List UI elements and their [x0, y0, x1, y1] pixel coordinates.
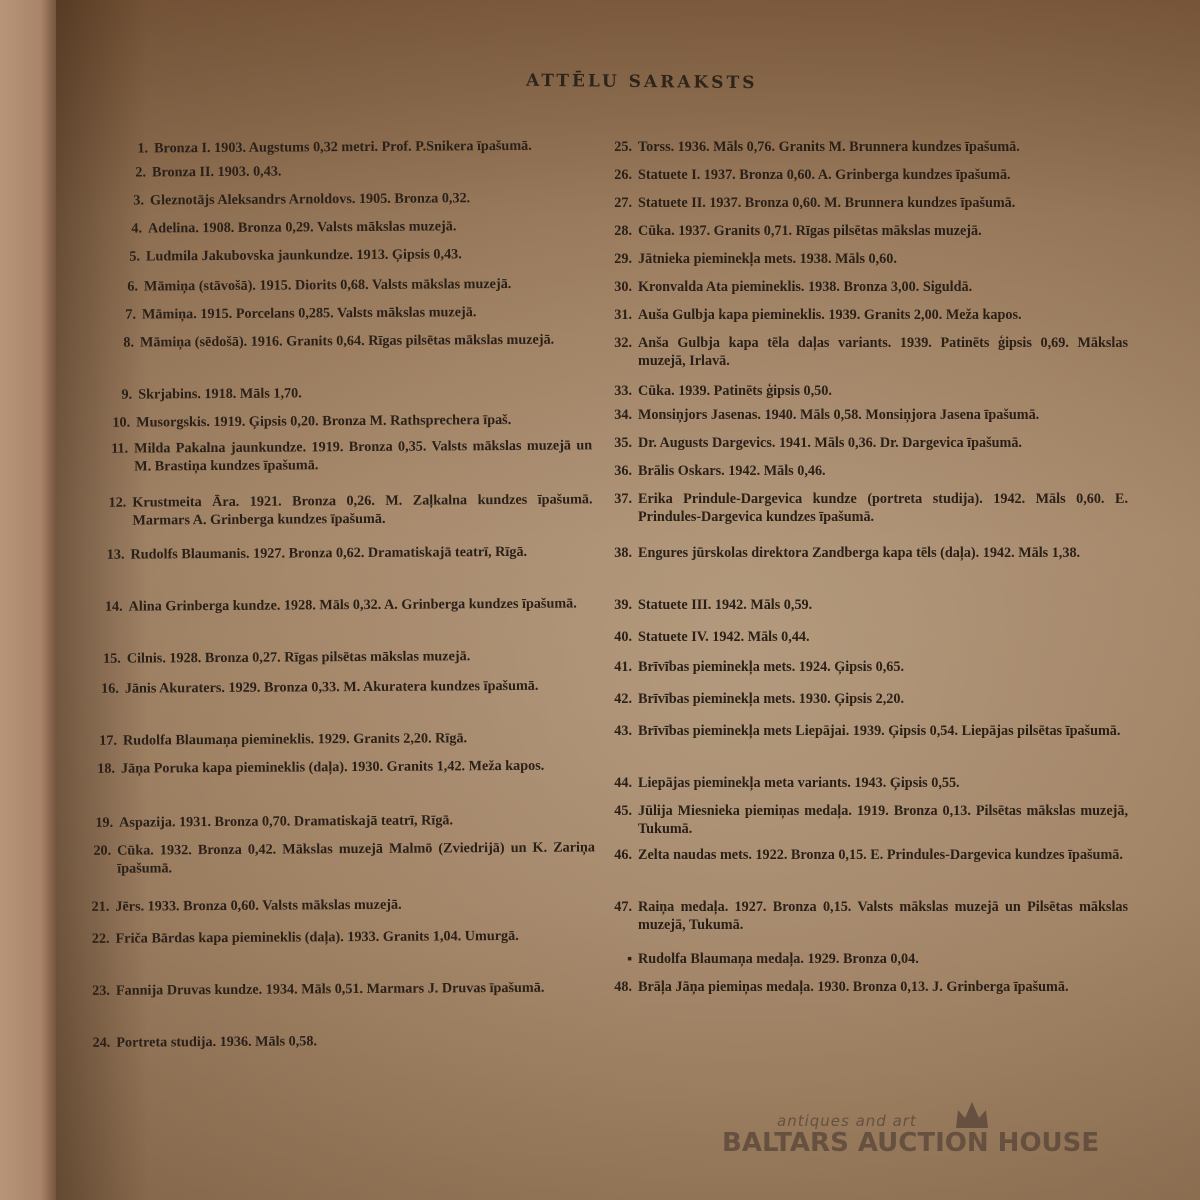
item-text: Cilnis. 1928. Bronza 0,27. Rīgas pilsēta…: [127, 646, 594, 667]
item-number: 28.: [598, 222, 638, 240]
item-number: 36.: [598, 462, 638, 480]
item-text: Statuete II. 1937. Bronza 0,60. M. Brunn…: [638, 194, 1128, 212]
item-text: Milda Pakalna jaunkundze. 1919. Bronza 0…: [134, 436, 592, 475]
item-number: 23.: [76, 982, 116, 1000]
list-item: 28.Cūka. 1937. Granits 0,71. Rīgas pilsē…: [598, 222, 1128, 240]
item-number: 27.: [598, 194, 638, 212]
item-number: 3.: [110, 191, 150, 209]
list-item: 34.Monsiņjors Jasenas. 1940. Māls 0,58. …: [598, 406, 1128, 424]
list-item: 30.Kronvalda Ata piemineklis. 1938. Bron…: [598, 278, 1128, 296]
list-item: 27.Statuete II. 1937. Bronza 0,60. M. Br…: [598, 194, 1128, 212]
list-item: 14.Alina Grinberga kundze. 1928. Māls 0,…: [89, 594, 594, 616]
item-number: 42.: [598, 690, 638, 708]
list-item: 46.Zelta naudas mets. 1922. Bronza 0,15.…: [598, 846, 1128, 864]
item-text: Erika Prindule-Dargevica kundze (portret…: [638, 490, 1128, 526]
item-text: Gleznotājs Aleksandrs Arnoldovs. 1905. B…: [150, 188, 591, 209]
item-number: 7.: [102, 306, 142, 324]
item-number: 9.: [98, 386, 138, 404]
list-item: 24.Portreta studija. 1936. Māls 0,58.: [76, 1030, 596, 1052]
item-number: 6.: [104, 277, 144, 295]
item-number: 13.: [90, 546, 130, 564]
item-text: Bronza II. 1903. 0,43.: [152, 160, 590, 181]
list-item: 40.Statuete IV. 1942. Māls 0,44.: [598, 628, 1128, 646]
item-number: 16.: [85, 680, 125, 698]
item-number: 22.: [76, 930, 116, 948]
item-text: Aspazija. 1931. Bronza 0,70. Dramatiskaj…: [119, 810, 595, 831]
item-text: Skrjabins. 1918. Māls 1,70.: [138, 382, 592, 403]
list-item: 21.Jērs. 1933. Bronza 0,60. Valsts māksl…: [75, 894, 595, 916]
list-item: 47.Raiņa medaļa. 1927. Bronza 0,15. Vals…: [598, 898, 1128, 934]
item-text: Cūka. 1932. Bronza 0,42. Mākslas muzejā …: [117, 838, 595, 877]
list-item: 6.Māmiņa (stāvošā). 1915. Diorits 0,68. …: [104, 274, 591, 295]
item-number: 5.: [106, 247, 146, 265]
list-item: 15.Cilnis. 1928. Bronza 0,27. Rīgas pils…: [87, 646, 594, 668]
item-number: 18.: [81, 760, 121, 778]
list-item: 41.Brīvības pieminekļa mets. 1924. Ģipsi…: [598, 658, 1128, 676]
list-item: 45.Jūlija Miesnieka piemiņas medaļa. 191…: [598, 802, 1128, 838]
item-number: 31.: [598, 306, 638, 324]
item-number: 46.: [598, 846, 638, 864]
item-text: Māmiņa (stāvošā). 1915. Diorits 0,68. Va…: [144, 274, 591, 295]
item-text: Jūlija Miesnieka piemiņas medaļa. 1919. …: [638, 802, 1128, 838]
list-item: 39.Statuete III. 1942. Māls 0,59.: [598, 596, 1128, 614]
list-item: 38.Engures jūrskolas direktora Zandberga…: [598, 544, 1128, 562]
item-text: Adelina. 1908. Bronza 0,29. Valsts māksl…: [148, 216, 591, 237]
list-item: 5.Ludmila Jakubovska jaunkundze. 1913. Ģ…: [106, 244, 591, 265]
item-number: 48.: [598, 978, 638, 996]
list-item: 13.Rudolfs Blaumanis. 1927. Bronza 0,62.…: [90, 542, 593, 564]
item-number: 25.: [598, 138, 638, 156]
list-item: 16.Jānis Akuraters. 1929. Bronza 0,33. M…: [85, 676, 594, 698]
item-text: Cūka. 1939. Patinēts ģipsis 0,50.: [638, 382, 1128, 400]
list-item: 11.Milda Pakalna jaunkundze. 1919. Bronz…: [94, 436, 592, 475]
item-number: 8.: [100, 334, 140, 352]
item-text: Kronvalda Ata piemineklis. 1938. Bronza …: [638, 278, 1128, 296]
item-text: Cūka. 1937. Granits 0,71. Rīgas pilsētas…: [638, 222, 1128, 240]
item-number: 32.: [598, 334, 638, 370]
item-number: 11.: [94, 440, 134, 476]
list-item: 29.Jātnieka pieminekļa mets. 1938. Māls …: [598, 250, 1128, 268]
crown-icon: [954, 1102, 990, 1130]
item-number: 20.: [77, 842, 117, 878]
item-number: 34.: [598, 406, 638, 424]
item-number: 29.: [598, 250, 638, 268]
watermark-name: BALTARS AUCTION HOUSE: [722, 1128, 1099, 1158]
item-text: Anša Gulbja kapa tēla daļas variants. 19…: [638, 334, 1128, 370]
list-item: 18.Jāņa Poruka kapa piemineklis (daļa). …: [81, 756, 595, 778]
item-text: Bronza I. 1903. Augstums 0,32 metri. Pro…: [154, 136, 590, 157]
item-text: Krustmeita Āra. 1921. Bronza 0,26. M. Za…: [132, 490, 592, 529]
item-number: 4.: [108, 219, 148, 237]
list-item: 35.Dr. Augusts Dargevics. 1941. Māls 0,3…: [598, 434, 1128, 452]
item-text: Brīvības pieminekļa mets Liepājai. 1939.…: [638, 722, 1128, 740]
list-item: 2.Bronza II. 1903. 0,43.: [112, 160, 590, 181]
item-number: 35.: [598, 434, 638, 452]
item-number: 15.: [87, 650, 127, 668]
item-text: Māmiņa (sēdošā). 1916. Granits 0,64. Rīg…: [140, 330, 592, 351]
item-text: Alina Grinberga kundze. 1928. Māls 0,32.…: [129, 594, 594, 615]
item-text: Jāņa Poruka kapa piemineklis (daļa). 193…: [121, 756, 595, 777]
list-item: 33.Cūka. 1939. Patinēts ģipsis 0,50.: [598, 382, 1128, 400]
item-text: Portreta studija. 1936. Māls 0,58.: [116, 1030, 596, 1051]
list-item: ▪Rudolfa Blaumaņa medaļa. 1929. Bronza 0…: [598, 950, 1128, 968]
item-number: 10.: [96, 414, 136, 432]
item-number: 45.: [598, 802, 638, 838]
list-item: 9.Skrjabins. 1918. Māls 1,70.: [98, 382, 592, 403]
item-number: 41.: [598, 658, 638, 676]
adjacent-page-edge: [0, 0, 58, 1200]
item-text: Brīvības pieminekļa mets. 1924. Ģipsis 0…: [638, 658, 1128, 676]
item-number: 44.: [598, 774, 638, 792]
item-text: Brāļa Jāņa piemiņas medaļa. 1930. Bronza…: [638, 978, 1128, 996]
list-item: 3.Gleznotājs Aleksandrs Arnoldovs. 1905.…: [110, 188, 591, 209]
item-text: Zelta naudas mets. 1922. Bronza 0,15. E.…: [638, 846, 1128, 864]
list-item: 12.Krustmeita Āra. 1921. Bronza 0,26. M.…: [92, 490, 592, 529]
item-number: 38.: [598, 544, 638, 562]
item-number: 47.: [598, 898, 638, 934]
item-number: 1.: [114, 139, 154, 157]
item-number: 12.: [92, 494, 132, 530]
item-text: Monsiņjors Jasenas. 1940. Māls 0,58. Mon…: [638, 406, 1128, 424]
item-number: ▪: [598, 950, 638, 968]
item-text: Engures jūrskolas direktora Zandberga ka…: [638, 544, 1128, 562]
list-item: 26.Statuete I. 1937. Bronza 0,60. A. Gri…: [598, 166, 1128, 184]
item-text: Auša Gulbja kapa piemineklis. 1939. Gran…: [638, 306, 1128, 324]
item-text: Statuete IV. 1942. Māls 0,44.: [638, 628, 1128, 646]
item-text: Statuete III. 1942. Māls 0,59.: [638, 596, 1128, 614]
item-text: Rudolfa Blaumaņa piemineklis. 1929. Gran…: [123, 728, 594, 749]
item-text: Māmiņa. 1915. Porcelans 0,285. Valsts mā…: [142, 302, 591, 323]
item-number: 2.: [112, 163, 152, 181]
list-item: 31.Auša Gulbja kapa piemineklis. 1939. G…: [598, 306, 1128, 324]
item-number: 40.: [598, 628, 638, 646]
item-number: 43.: [598, 722, 638, 740]
item-text: Jātnieka pieminekļa mets. 1938. Māls 0,6…: [638, 250, 1128, 268]
item-number: 24.: [76, 1034, 116, 1052]
list-item: 48.Brāļa Jāņa piemiņas medaļa. 1930. Bro…: [598, 978, 1128, 996]
list-item: 37.Erika Prindule-Dargevica kundze (port…: [598, 490, 1128, 526]
list-item: 23.Fannija Druvas kundze. 1934. Māls 0,5…: [76, 978, 596, 1000]
item-number: 33.: [598, 382, 638, 400]
item-number: 39.: [598, 596, 638, 614]
list-item: 17.Rudolfa Blaumaņa piemineklis. 1929. G…: [83, 728, 594, 750]
watermark-logo: antiques and art BALTARS AUCTION HOUSE: [722, 1110, 1122, 1170]
item-text: Brālis Oskars. 1942. Māls 0,46.: [638, 462, 1128, 480]
list-item: 25.Torss. 1936. Māls 0,76. Granits M. Br…: [598, 138, 1128, 156]
list-item: 1.Bronza I. 1903. Augstums 0,32 metri. P…: [114, 136, 590, 157]
item-number: 21.: [75, 898, 115, 916]
list-item: 43.Brīvības pieminekļa mets Liepājai. 19…: [598, 722, 1128, 740]
item-text: Rudolfa Blaumaņa medaļa. 1929. Bronza 0,…: [638, 950, 1128, 968]
item-text: Torss. 1936. Māls 0,76. Granits M. Brunn…: [638, 138, 1128, 156]
item-text: Fannija Druvas kundze. 1934. Māls 0,51. …: [116, 978, 596, 999]
list-item: 19.Aspazija. 1931. Bronza 0,70. Dramatis…: [79, 810, 595, 832]
item-number: 17.: [83, 732, 123, 750]
list-item: 4.Adelina. 1908. Bronza 0,29. Valsts māk…: [108, 216, 591, 237]
list-item: 10.Musorgskis. 1919. Ģipsis 0,20. Bronza…: [96, 410, 592, 431]
item-text: Friča Bārdas kapa piemineklis (daļa). 19…: [116, 926, 596, 947]
item-text: Ludmila Jakubovska jaunkundze. 1913. Ģip…: [146, 244, 591, 265]
item-number: 26.: [598, 166, 638, 184]
item-number: 19.: [79, 814, 119, 832]
item-text: Statuete I. 1937. Bronza 0,60. A. Grinbe…: [638, 166, 1128, 184]
item-text: Dr. Augusts Dargevics. 1941. Māls 0,36. …: [638, 434, 1128, 452]
list-item: 7.Māmiņa. 1915. Porcelans 0,285. Valsts …: [102, 302, 591, 323]
list-item: 8.Māmiņa (sēdošā). 1916. Granits 0,64. R…: [100, 330, 592, 351]
list-item: 36.Brālis Oskars. 1942. Māls 0,46.: [598, 462, 1128, 480]
item-text: Brīvības pieminekļa mets. 1930. Ģipsis 2…: [638, 690, 1128, 708]
list-item: 44.Liepājas pieminekļa meta variants. 19…: [598, 774, 1128, 792]
page-title: ATTĒLU SARAKSTS: [526, 71, 758, 93]
list-item: 32.Anša Gulbja kapa tēla daļas variants.…: [598, 334, 1128, 370]
list-item: 22.Friča Bārdas kapa piemineklis (daļa).…: [76, 926, 596, 948]
item-text: Jānis Akuraters. 1929. Bronza 0,33. M. A…: [125, 676, 594, 697]
item-text: Liepājas pieminekļa meta variants. 1943.…: [638, 774, 1128, 792]
item-text: Raiņa medaļa. 1927. Bronza 0,15. Valsts …: [638, 898, 1128, 934]
list-item: 20.Cūka. 1932. Bronza 0,42. Mākslas muze…: [77, 838, 595, 878]
item-text: Jērs. 1933. Bronza 0,60. Valsts mākslas …: [115, 894, 595, 915]
item-text: Rudolfs Blaumanis. 1927. Bronza 0,62. Dr…: [130, 542, 593, 563]
item-number: 30.: [598, 278, 638, 296]
item-text: Musorgskis. 1919. Ģipsis 0,20. Bronza M.…: [136, 410, 592, 431]
list-item: 42.Brīvības pieminekļa mets. 1930. Ģipsi…: [598, 690, 1128, 708]
item-number: 37.: [598, 490, 638, 526]
item-number: 14.: [89, 598, 129, 616]
